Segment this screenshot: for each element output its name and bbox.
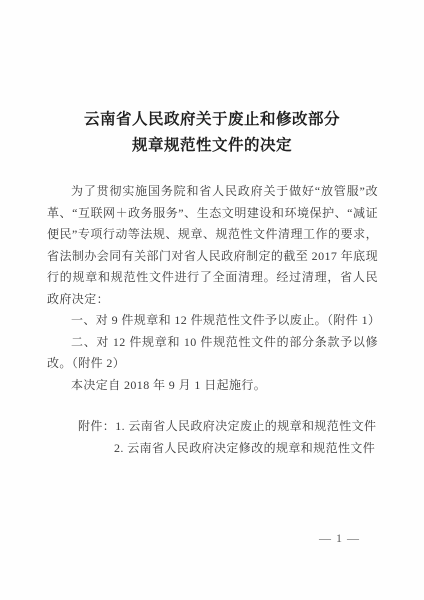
title-line-2: 规章规范性文件的决定 — [0, 133, 424, 159]
body-paragraph-3: 二、对 12 件规章和 10 件规范性文件的部分条款予以修改。（附件 2） — [47, 332, 378, 375]
body-paragraph-4: 本决定自 2018 年 9 月 1 日起施行。 — [47, 375, 378, 397]
title-line-1: 云南省人民政府关于废止和修改部分 — [0, 107, 424, 133]
attachment-item-1: 1. 云南省人民政府决定废止的规章和规范性文件 — [115, 415, 376, 437]
attachment-row-1: 附件： 1. 云南省人民政府决定废止的规章和规范性文件 — [78, 415, 378, 437]
attachment-row-2: 2. 云南省人民政府决定修改的规章和规范性文件 — [78, 437, 378, 459]
document-title: 云南省人民政府关于废止和修改部分 规章规范性文件的决定 — [0, 10, 424, 159]
document-body: 为了贯彻实施国务院和省人民政府关于做好“放管服”改革、“互联网＋政务服务”、生态… — [47, 181, 378, 396]
attachment-item-2: 2. 云南省人民政府决定修改的规章和规范性文件 — [114, 441, 375, 455]
document-page: 云南省人民政府关于废止和修改部分 规章规范性文件的决定 为了贯彻实施国务院和省人… — [0, 0, 424, 600]
page-number: — 1 — — [319, 531, 360, 546]
body-paragraph-1: 为了贯彻实施国务院和省人民政府关于做好“放管服”改革、“互联网＋政务服务”、生态… — [47, 181, 378, 310]
attachments-label: 附件： — [78, 415, 115, 437]
body-paragraph-2: 一、对 9 件规章和 12 件规范性文件予以废止。（附件 1） — [47, 310, 378, 332]
attachments-block: 附件： 1. 云南省人民政府决定废止的规章和规范性文件 2. 云南省人民政府决定… — [78, 415, 378, 459]
